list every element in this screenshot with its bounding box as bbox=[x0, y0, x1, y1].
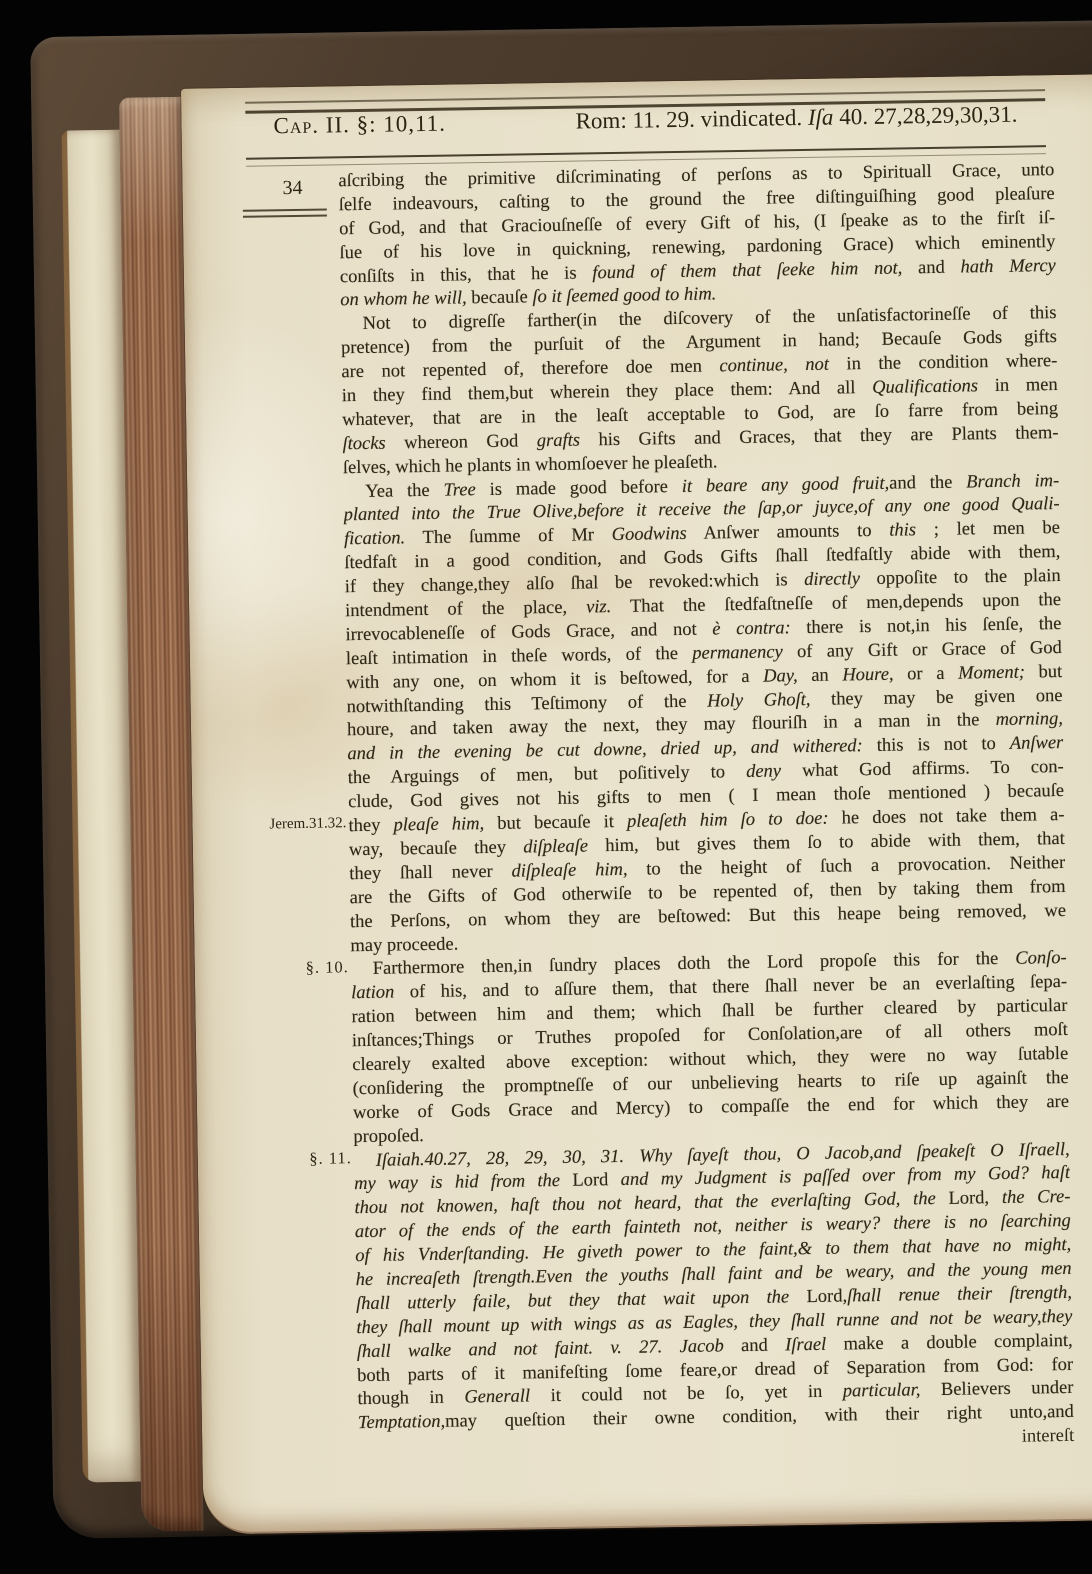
margin-note-section-10: §. 10. bbox=[221, 957, 363, 979]
page-number: 34 bbox=[260, 177, 324, 201]
body-text: aſcribing the primitive diſcriminating o… bbox=[338, 159, 1074, 1436]
page-number-rule bbox=[243, 208, 327, 217]
photo-background: Cap. II. §: 10,11. Rom: 11. 29. vindicat… bbox=[0, 0, 1092, 1574]
book-page: Cap. II. §: 10,11. Rom: 11. 29. vindicat… bbox=[181, 73, 1092, 1535]
margin-note-jeremiah: Jerem.31.32. bbox=[218, 815, 346, 834]
scripture-heading: Rom: 11. 29. vindicated. Iſa 40. 27,28,2… bbox=[575, 102, 1017, 135]
book: Cap. II. §: 10,11. Rom: 11. 29. vindicat… bbox=[30, 18, 1092, 1553]
chapter-heading: Cap. II. §: 10,11. bbox=[273, 111, 446, 140]
margin-note-section-11: §. 11. bbox=[224, 1148, 366, 1170]
